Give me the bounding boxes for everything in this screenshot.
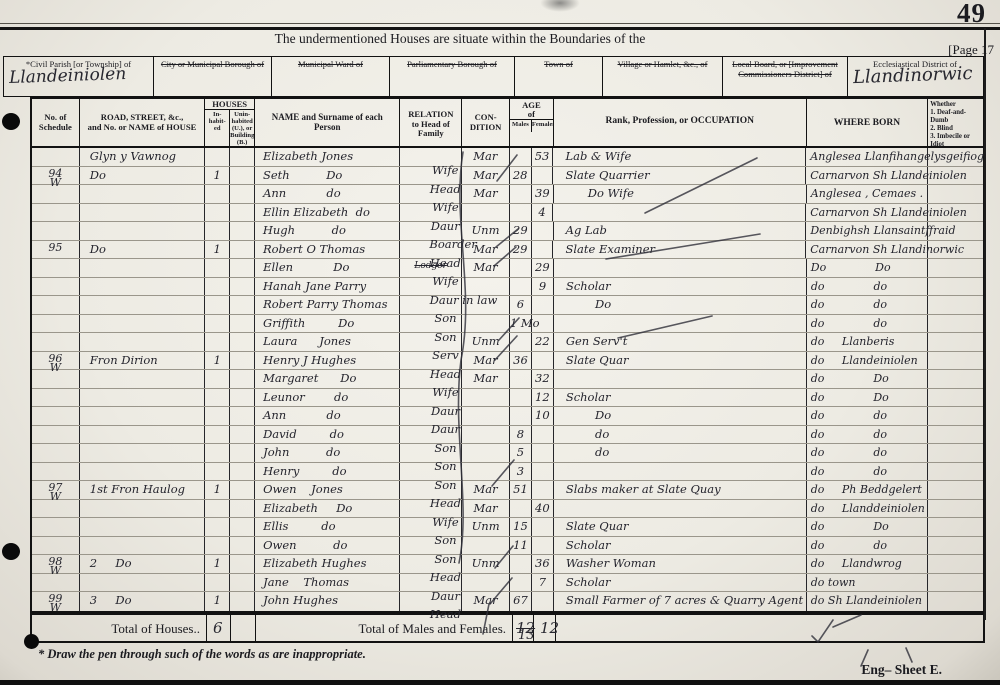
cell-uninhabited — [230, 296, 255, 314]
cell-whether-infirm — [928, 537, 983, 555]
cell-schedule-number — [32, 148, 80, 166]
cell-occupation — [553, 204, 806, 222]
cell-relation: Wife — [400, 370, 462, 388]
census-table: No. of Schedule ROAD, STREET, &c., and N… — [30, 97, 985, 643]
cell-person-name: Seth Do — [255, 167, 400, 185]
cell-age-female — [532, 241, 554, 259]
cell-occupation: Scholar — [554, 574, 807, 592]
table-row: 94 W Do 1 Seth Do Head Mar 28 Slate Quar… — [32, 167, 983, 186]
cell-age-male: 1 Mo — [510, 315, 532, 333]
cell-occupation: do — [554, 444, 807, 462]
cell-person-name: Elizabeth Do — [255, 500, 400, 518]
cell-occupation: Scholar — [554, 278, 807, 296]
cell-where-born: do Do — [807, 370, 928, 388]
cell-uninhabited — [230, 389, 255, 407]
cell-inhabited — [205, 333, 230, 351]
header-field-village: Village or Hamlet, &c., of — [603, 57, 723, 96]
cell-age-male — [510, 407, 532, 425]
cell-age-female — [532, 296, 554, 314]
cell-age-female: 29 — [532, 259, 554, 277]
cell-road-name — [80, 333, 206, 351]
col-header-whether: Whether 1. Deaf-and-Dumb 2. Blind 3. Imb… — [928, 99, 983, 146]
cell-schedule-number — [32, 315, 80, 333]
cell-whether-infirm — [928, 185, 983, 203]
cell-where-born: do Sh Llandeiniolen — [807, 592, 928, 611]
cell-uninhabited — [230, 500, 255, 518]
cell-road-name: Do — [80, 167, 205, 185]
table-row: Ellis do Son Unm 15 Slate Quar do Do — [32, 518, 983, 537]
cell-condition: Mar — [462, 259, 510, 277]
table-row: Ellin Elizabeth do Daur 4 Carnarvon Sh L… — [32, 204, 983, 223]
cell-where-born: do do — [807, 444, 928, 462]
cell-condition — [462, 426, 510, 444]
col-header-houses: HOUSES In- habit- ed Unin- habited (U.),… — [205, 99, 255, 146]
cell-occupation — [554, 463, 807, 481]
cell-inhabited: 1 — [205, 555, 230, 573]
header-field-civil-parish: *Civil Parish [or Township] of Llandeini… — [4, 57, 154, 96]
cell-occupation: Small Farmer of 7 acres & Quarry Agent — [554, 592, 807, 611]
cell-schedule-number — [32, 278, 80, 296]
cell-road-name — [80, 426, 206, 444]
cell-person-name: Margaret Do — [255, 370, 400, 388]
cell-person-name: Owen do — [255, 537, 400, 555]
cell-inhabited — [205, 574, 230, 592]
col-header-occupation: Rank, Profession, or OCCUPATION — [554, 99, 807, 146]
footnote: * Draw the pen through such of the words… — [38, 647, 366, 662]
cell-schedule-number — [32, 444, 80, 462]
cell-condition — [462, 296, 510, 314]
cell-person-name: Hugh do — [255, 222, 400, 240]
cell-age-male — [510, 555, 532, 573]
cell-where-born: do do — [807, 463, 928, 481]
cell-age-male: 6 — [510, 296, 532, 314]
cell-schedule-number — [32, 222, 80, 240]
cell-relation: Daur in law — [400, 278, 462, 296]
cell-whether-infirm — [928, 167, 983, 185]
cell-age-male: 28 — [510, 167, 532, 185]
cell-uninhabited — [230, 278, 255, 296]
cell-where-born: Carnarvon Sh Llandinorwic — [806, 241, 928, 259]
cell-inhabited — [205, 370, 230, 388]
cell-where-born: do do — [807, 296, 928, 314]
table-row: Laura Jones Serv Unm 22 Gen Serv't do Ll… — [32, 333, 983, 352]
header-field-parliamentary-borough: Parliamentary Borough of — [390, 57, 515, 96]
cell-occupation: Slabs maker at Slate Quay — [554, 481, 807, 499]
cell-person-name: Ellen Do — [255, 259, 400, 277]
cell-age-male: 51 — [510, 481, 532, 499]
total-females-value: 12 — [534, 615, 556, 641]
cell-schedule-number — [32, 407, 80, 425]
cell-relation: Son — [400, 296, 462, 314]
cell-inhabited — [205, 222, 230, 240]
cell-condition: Mar — [462, 241, 510, 259]
cell-person-name: Henry J Hughes — [255, 352, 400, 370]
table-row: 98 W 2 Do 1 Elizabeth Hughes Head Unm 36… — [32, 555, 983, 574]
cell-schedule-number: 99 W — [32, 592, 80, 611]
cell-occupation: Ag Lab — [554, 222, 807, 240]
cell-uninhabited — [230, 167, 255, 185]
cell-age-male: 29 — [510, 241, 532, 259]
cell-age-female: 7 — [532, 574, 554, 592]
cell-person-name: Ellis do — [255, 518, 400, 536]
cell-where-born: do do — [807, 315, 928, 333]
cell-occupation: do — [554, 426, 807, 444]
cell-road-name — [80, 463, 206, 481]
cell-age-male: 29 — [510, 222, 532, 240]
cell-schedule-number: 96 W — [32, 352, 80, 370]
cell-inhabited — [205, 185, 230, 203]
top-rule — [0, 27, 1000, 30]
cell-road-name — [80, 278, 205, 296]
cell-whether-infirm — [928, 352, 983, 370]
cell-condition — [462, 204, 510, 222]
cell-uninhabited — [230, 222, 255, 240]
cell-schedule-number — [32, 463, 80, 481]
col-header-females: Females — [532, 120, 553, 132]
cell-road-name — [80, 296, 206, 314]
table-row: David do Son 8 do do do — [32, 426, 983, 445]
cell-schedule-number — [32, 500, 80, 518]
totals-blank-cell — [556, 615, 983, 641]
cell-where-born: do Llandeiniolen — [807, 352, 928, 370]
cell-whether-infirm — [928, 315, 983, 333]
cell-road-name: Do — [80, 241, 205, 259]
cell-person-name: Robert Parry Thomas — [255, 296, 400, 314]
cell-inhabited — [205, 463, 230, 481]
cell-occupation — [554, 315, 807, 333]
cell-road-name — [80, 259, 206, 277]
cell-schedule-number — [32, 574, 80, 592]
cell-where-born: do do — [807, 537, 928, 555]
cell-schedule-number — [32, 426, 80, 444]
punch-hole — [2, 543, 20, 560]
cell-person-name: Ellin Elizabeth do — [255, 204, 400, 222]
total-males-value: 12 13 — [512, 615, 534, 641]
cell-road-name: 3 Do — [80, 592, 206, 611]
cell-where-born: do Llandwrog — [807, 555, 928, 573]
cell-condition: Unm — [462, 222, 510, 240]
cell-occupation — [554, 259, 807, 277]
cell-age-male: 3 — [510, 463, 532, 481]
cell-uninhabited — [230, 370, 255, 388]
cell-where-born: do Do — [807, 518, 928, 536]
cell-whether-infirm — [928, 370, 983, 388]
cell-uninhabited — [230, 185, 255, 203]
cell-age-female — [532, 592, 554, 611]
cell-uninhabited — [230, 537, 255, 555]
paper-edge-bottom — [0, 680, 1000, 685]
cell-age-female: 39 — [532, 185, 554, 203]
cell-age-female: 53 — [532, 148, 554, 166]
cell-age-male: 67 — [510, 592, 532, 611]
cell-age-male — [510, 500, 532, 518]
cell-whether-infirm — [928, 389, 983, 407]
cell-occupation: Do — [554, 407, 807, 425]
cell-condition — [462, 444, 510, 462]
cell-inhabited: 1 — [205, 592, 230, 611]
cell-road-name — [80, 407, 206, 425]
cell-inhabited — [205, 407, 230, 425]
cell-schedule-number — [32, 537, 80, 555]
cell-uninhabited — [230, 241, 255, 259]
cell-age-female: 12 — [532, 389, 554, 407]
cell-where-born: do do — [807, 426, 928, 444]
cell-uninhabited — [230, 333, 255, 351]
totals-schedule-cell — [32, 615, 80, 641]
cell-person-name: Owen Jones — [255, 481, 400, 499]
cell-whether-infirm — [928, 241, 983, 259]
cell-relation: Head — [400, 592, 462, 611]
cell-road-name: Fron Dirion — [80, 352, 206, 370]
cell-uninhabited — [230, 315, 255, 333]
cell-age-male — [510, 185, 532, 203]
cell-age-female — [532, 222, 554, 240]
cell-relation: Wife — [400, 500, 462, 518]
cell-condition: Mar — [462, 500, 510, 518]
table-row: John do Son 5 do do do — [32, 444, 983, 463]
cell-inhabited — [205, 204, 230, 222]
cell-relation: Head — [400, 555, 462, 573]
cell-relation: Serv — [400, 333, 462, 351]
cell-age-female — [532, 352, 554, 370]
table-row: 99 W 3 Do 1 John Hughes Head Mar 67 Smal… — [32, 592, 983, 611]
cell-age-female — [532, 481, 554, 499]
cell-person-name: Hanah Jane Parry — [255, 278, 400, 296]
table-row: 96 W Fron Dirion 1 Henry J Hughes Head M… — [32, 352, 983, 371]
cell-whether-infirm — [928, 259, 983, 277]
cell-occupation: Scholar — [554, 537, 807, 555]
cell-condition: Mar — [462, 148, 510, 166]
header-field-town: Town of — [515, 57, 603, 96]
table-row: Hanah Jane Parry Daur in law 9 Scholar d… — [32, 278, 983, 297]
cell-uninhabited — [230, 592, 255, 611]
cell-schedule-number — [32, 370, 80, 388]
header-field-ecclesiastical-district: Ecclesiastical District of Llandinorwic — [848, 57, 982, 96]
cell-schedule-number: 98 W — [32, 555, 80, 573]
cell-whether-infirm — [928, 481, 983, 499]
cell-road-name — [80, 185, 206, 203]
cell-condition — [462, 463, 510, 481]
cell-relation: Daur — [400, 204, 462, 222]
cell-uninhabited — [230, 352, 255, 370]
cell-age-male — [510, 148, 532, 166]
cell-where-born: Denbighsh Llansaintffraid — [806, 222, 928, 240]
cell-road-name — [80, 574, 206, 592]
cell-relation: Boarder Lodger — [400, 222, 462, 240]
col-header-relation: RELATION to Head of Family — [400, 99, 462, 146]
table-row: Ann do Daur 10 Do do do — [32, 407, 983, 426]
table-body: Glyn y Vawnog Elizabeth Jones Wife Mar 5… — [30, 148, 985, 613]
ink-blot — [24, 634, 39, 649]
table-row: Ellen Do Wife Mar 29 Do Do — [32, 259, 983, 278]
cell-condition: Unm — [462, 518, 510, 536]
column-headers: No. of Schedule ROAD, STREET, &c., and N… — [30, 97, 985, 148]
cell-age-male — [510, 370, 532, 388]
cell-person-name: John Hughes — [255, 592, 400, 611]
table-row: Henry do Son 3 do do — [32, 463, 983, 482]
cell-relation: Head — [400, 481, 462, 499]
cell-inhabited — [205, 278, 230, 296]
cell-condition — [462, 389, 510, 407]
totals-uninhabited-cell — [231, 615, 256, 641]
header-field-municipal-borough: City or Municipal Borough of — [154, 57, 272, 96]
census-page: 49 The undermentioned Houses are situate… — [0, 0, 1000, 685]
cell-whether-infirm — [928, 574, 983, 592]
cell-road-name — [80, 222, 205, 240]
cell-whether-infirm — [928, 518, 983, 536]
cell-relation: Daur — [400, 389, 462, 407]
totals-row: Total of Houses.. 6 Total of Males and F… — [30, 613, 985, 643]
table-row: Glyn y Vawnog Elizabeth Jones Wife Mar 5… — [32, 148, 983, 167]
cell-age-female — [532, 518, 554, 536]
cell-road-name — [80, 537, 206, 555]
scan-smudge — [540, 0, 580, 12]
cell-relation: Son — [400, 518, 462, 536]
total-houses-value: 6 — [206, 615, 231, 641]
cell-whether-infirm — [928, 463, 983, 481]
cell-age-female — [532, 444, 554, 462]
cell-person-name: Elizabeth Jones — [255, 148, 400, 166]
cell-schedule-number — [32, 296, 80, 314]
cell-age-male: 11 — [510, 537, 532, 555]
cell-person-name: Ann do — [255, 185, 400, 203]
cell-condition: Mar — [462, 185, 510, 203]
cell-road-name — [80, 315, 205, 333]
cell-relation: Son — [400, 444, 462, 462]
cell-occupation: Scholar — [554, 389, 807, 407]
cell-age-male — [510, 259, 532, 277]
cell-schedule-number: 97 W — [32, 481, 80, 499]
col-header-condition: CON- DITION — [462, 99, 510, 146]
cell-inhabited: 1 — [205, 352, 230, 370]
cell-person-name: David do — [255, 426, 400, 444]
cell-inhabited — [205, 444, 230, 462]
cell-condition: Mar — [462, 167, 510, 185]
cell-inhabited — [205, 518, 230, 536]
cell-uninhabited — [230, 259, 255, 277]
cell-person-name: Ann do — [255, 407, 400, 425]
cell-relation: Head — [400, 241, 462, 259]
cell-occupation: Slate Quarrier — [553, 167, 806, 185]
table-row: Griffith Do Son 1 Mo do do — [32, 315, 983, 334]
cell-where-born: do town — [807, 574, 928, 592]
cell-schedule-number — [32, 333, 80, 351]
cell-where-born: do Llanddeiniolen — [807, 500, 928, 518]
cell-inhabited — [205, 315, 230, 333]
col-header-age: AGE of Males Females — [510, 99, 554, 146]
cell-occupation: Lab & Wife — [553, 148, 806, 166]
cell-age-male: 8 — [510, 426, 532, 444]
cell-age-male — [510, 204, 532, 222]
cell-occupation: Washer Woman — [554, 555, 807, 573]
cell-age-female — [532, 537, 554, 555]
cell-inhabited: 1 — [205, 241, 230, 259]
cell-age-female: 9 — [532, 278, 554, 296]
cell-road-name — [80, 389, 206, 407]
cell-person-name: Leunor do — [255, 389, 400, 407]
cell-age-female: 32 — [532, 370, 554, 388]
cell-whether-infirm — [928, 148, 983, 166]
cell-whether-infirm — [928, 426, 983, 444]
sheet-label: Eng– Sheet E. — [861, 662, 942, 678]
col-header-where-born: WHERE BORN — [807, 99, 928, 146]
cell-person-name: Elizabeth Hughes — [255, 555, 400, 573]
col-header-uninhabited: Unin- habited (U.), or Building (B.) — [230, 110, 254, 146]
col-header-inhabited: In- habit- ed — [205, 110, 230, 146]
col-header-road: ROAD, STREET, &c., and No. or NAME of HO… — [80, 99, 205, 146]
cell-condition: Mar — [462, 592, 510, 611]
top-rule-thin — [0, 23, 1000, 24]
col-header-name: NAME and Surname of each Person — [255, 99, 400, 146]
cell-road-name — [80, 204, 205, 222]
cell-occupation: Gen Serv't — [554, 333, 807, 351]
cell-person-name: Griffith Do — [255, 315, 400, 333]
table-row: Elizabeth Do Wife Mar 40 do Llanddeiniol… — [32, 500, 983, 519]
cell-age-female — [532, 463, 554, 481]
cell-inhabited: 1 — [205, 481, 230, 499]
cell-person-name: Henry do — [255, 463, 400, 481]
cell-relation: Head — [400, 352, 462, 370]
cell-age-female — [532, 167, 554, 185]
cell-age-female — [532, 315, 554, 333]
cell-inhabited — [205, 148, 230, 166]
cell-condition — [462, 574, 510, 592]
cell-uninhabited — [230, 463, 255, 481]
cell-relation: Wife — [400, 259, 462, 277]
cell-condition: Unm — [462, 333, 510, 351]
cell-inhabited — [205, 426, 230, 444]
cell-occupation: Slate Quar — [554, 518, 807, 536]
cell-uninhabited — [230, 204, 255, 222]
table-row: 95 Do 1 Robert O Thomas Head Mar 29 Slat… — [32, 241, 983, 260]
cell-age-female: 40 — [532, 500, 554, 518]
cell-whether-infirm — [928, 592, 983, 611]
cell-inhabited: 1 — [205, 167, 230, 185]
cell-road-name — [80, 518, 206, 536]
cell-occupation: Do Wife — [554, 185, 807, 203]
cell-uninhabited — [230, 574, 255, 592]
cell-relation: Wife — [400, 148, 462, 166]
cell-occupation: Do — [554, 296, 807, 314]
paper-edge-right — [984, 28, 986, 620]
cell-where-born: do do — [807, 407, 928, 425]
cell-occupation — [554, 370, 807, 388]
cell-condition — [462, 407, 510, 425]
cell-age-male — [510, 278, 532, 296]
cell-uninhabited — [230, 481, 255, 499]
civil-parish-value: Llandeiniolen — [9, 69, 127, 83]
cell-condition — [462, 315, 510, 333]
cell-age-female: 22 — [532, 333, 554, 351]
total-of-houses-label: Total of Houses.. — [80, 615, 206, 641]
table-row: Leunor do Daur 12 Scholar do Do — [32, 389, 983, 408]
cell-age-female — [532, 426, 554, 444]
cell-relation: Daur — [400, 574, 462, 592]
cell-uninhabited — [230, 518, 255, 536]
cell-condition: Unm — [462, 555, 510, 573]
cell-where-born: do do — [807, 278, 928, 296]
cell-uninhabited — [230, 444, 255, 462]
cell-where-born: Anglesea Llanfihangelysgeifiog — [806, 148, 928, 166]
table-row: 97 W 1st Fron Haulog 1 Owen Jones Head M… — [32, 481, 983, 500]
cell-whether-infirm — [928, 333, 983, 351]
cell-uninhabited — [230, 407, 255, 425]
total-males-females-label: Total of Males and Females. — [256, 615, 512, 641]
cell-person-name: Laura Jones — [255, 333, 400, 351]
table-row: Jane Thomas Daur 7 Scholar do town — [32, 574, 983, 593]
cell-person-name: Jane Thomas — [255, 574, 400, 592]
table-row: Ann do Wife Mar 39 Do Wife Anglesea , Ce… — [32, 185, 983, 204]
